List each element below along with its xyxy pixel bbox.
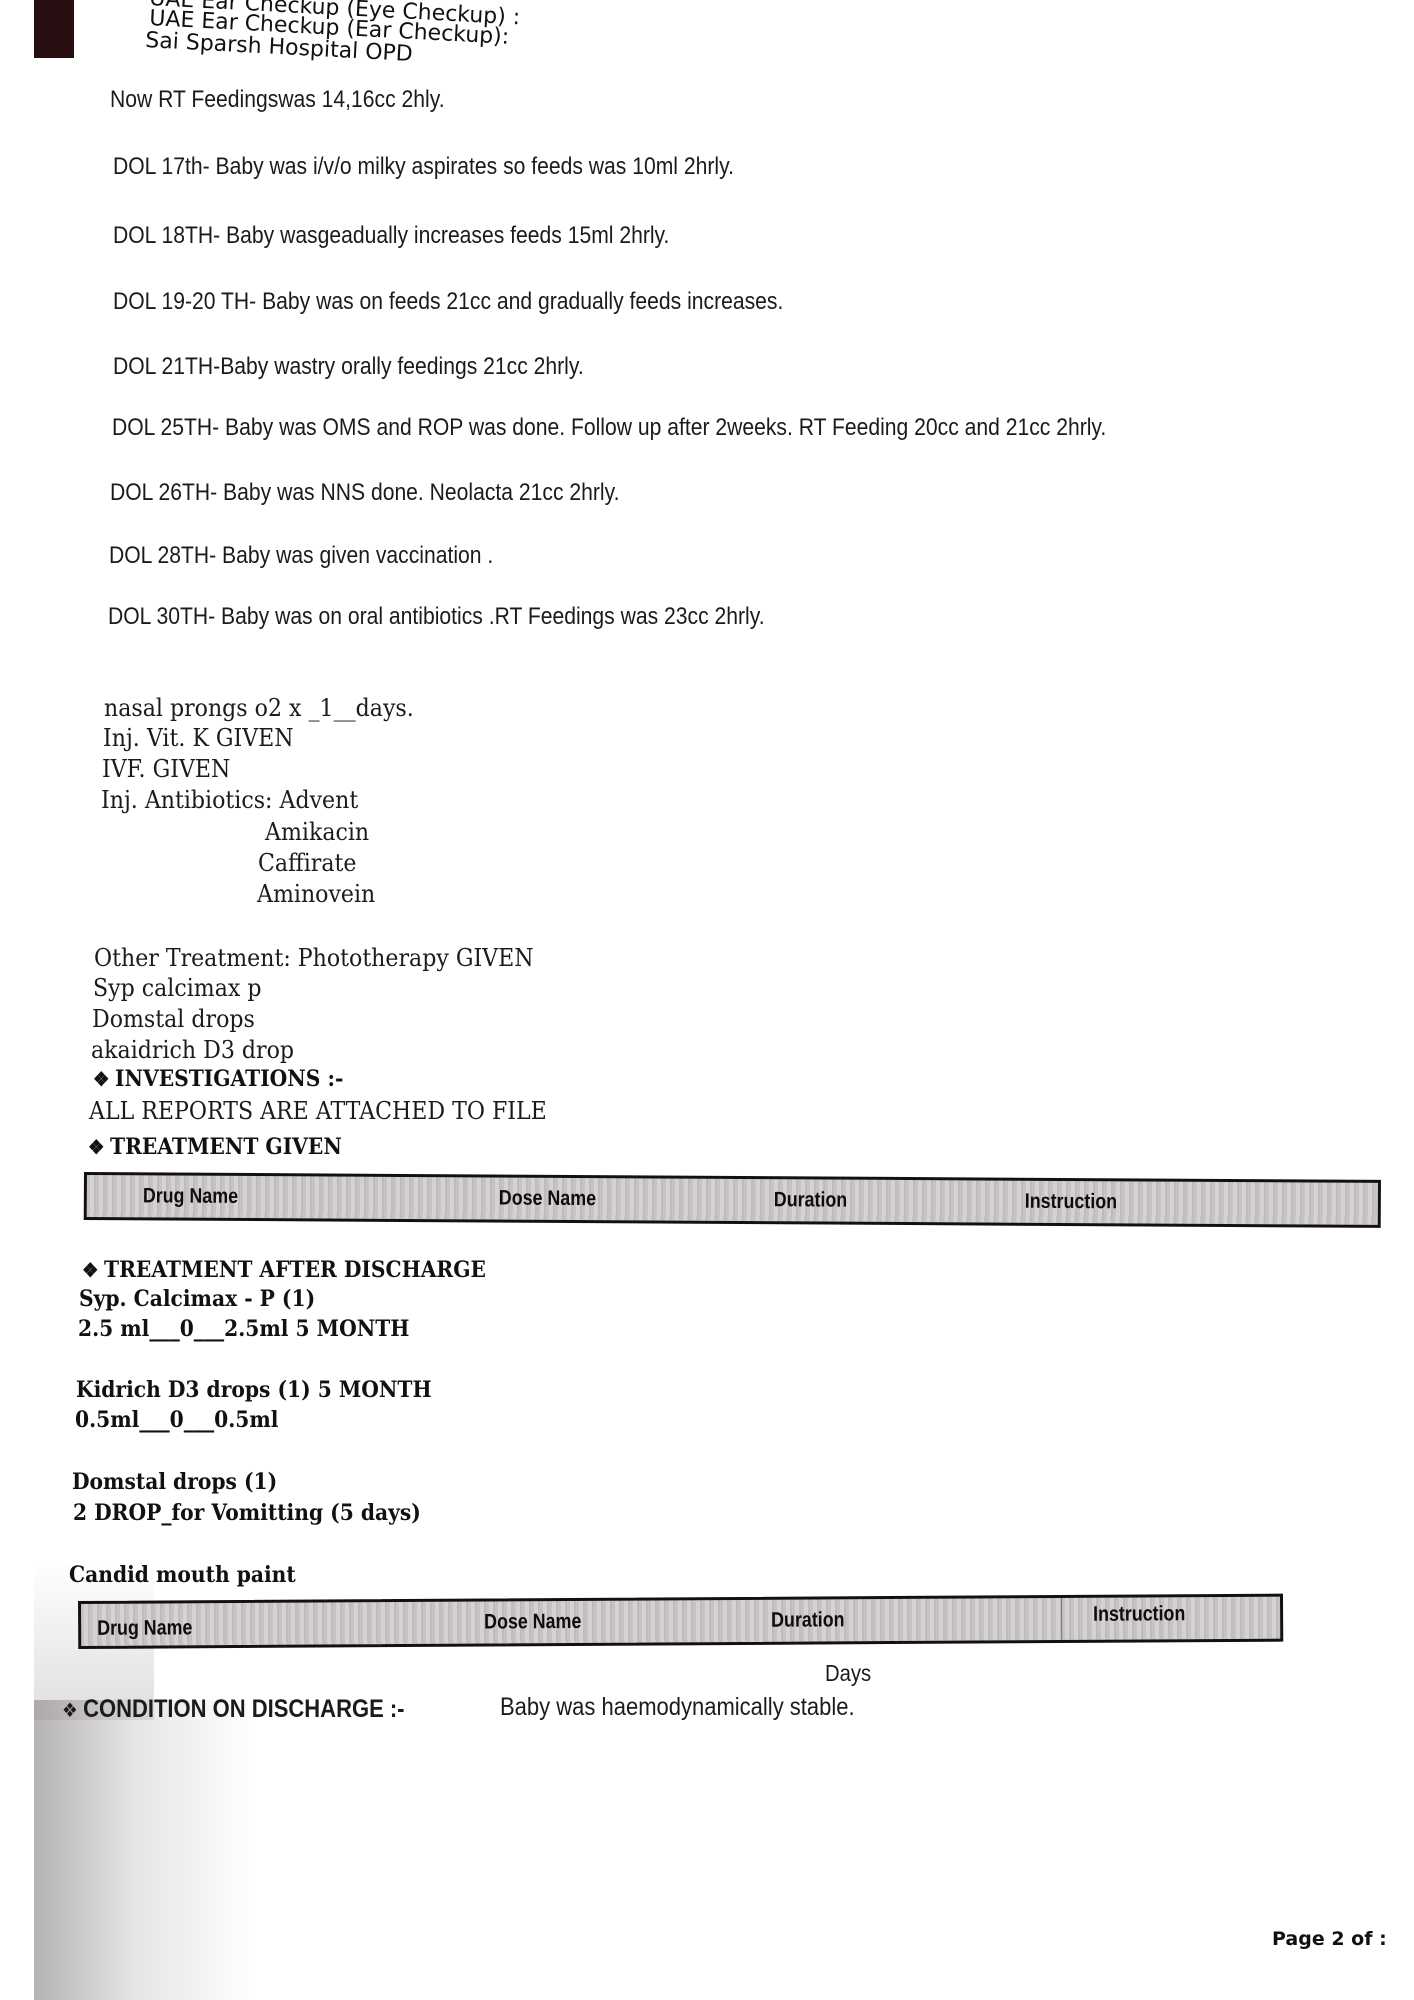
discharge-med-name: Syp. Calcimax - P (1) (79, 1286, 315, 1312)
column-drug-name: Drug Name (143, 1184, 238, 1209)
column-instruction: Instruction (1025, 1190, 1117, 1215)
course-entry: DOL 21TH-Baby wastry orally feedings 21c… (113, 353, 584, 381)
investigations-heading: ❖INVESTIGATIONS :- (93, 1066, 343, 1092)
antibiotic-item: Amikacin (265, 818, 369, 846)
discharge-med-dose: 2.5 ml___0___2.5ml 5 MONTH (78, 1316, 409, 1342)
column-dose-name: Dose Name (499, 1187, 596, 1212)
treatment-after-discharge-heading-text: TREATMENT AFTER DISCHARGE (104, 1257, 486, 1283)
treatment-after-discharge-table-header: Drug Name Dose Name Duration Instruction (78, 1594, 1283, 1649)
investigations-text: ALL REPORTS ARE ATTACHED TO FILE (89, 1097, 547, 1125)
course-intro: Now RT Feedingswas 14,16cc 2hly. (110, 86, 445, 114)
discharge-med-name: Domstal drops (1) (72, 1469, 277, 1495)
other-treatment-item: akaidrich D3 drop (91, 1036, 294, 1064)
treatment-given-heading: ❖TREATMENT GIVEN (88, 1134, 342, 1160)
nasal-prongs: nasal prongs o2 x _1__days. (104, 694, 414, 722)
antibiotic-item: Aminovein (257, 880, 375, 908)
course-entry: DOL 18TH- Baby wasgeadually increases fe… (113, 222, 669, 250)
diamond-bullet-icon: ❖ (62, 1700, 78, 1722)
column-instruction: Instruction (1093, 1602, 1185, 1627)
condition-heading-text: CONDITION ON DISCHARGE :- (83, 1695, 404, 1723)
column-duration: Duration (771, 1608, 845, 1632)
column-duration: Duration (774, 1188, 848, 1212)
diamond-bullet-icon: ❖ (82, 1258, 99, 1282)
antibiotic-item: Caffirate (258, 849, 356, 877)
ivf: IVF. GIVEN (102, 755, 230, 783)
page-number: Page 2 of : (1272, 1928, 1387, 1950)
diamond-bullet-icon: ❖ (88, 1135, 105, 1159)
other-treatment-title: Other Treatment: Phototherapy GIVEN (94, 944, 534, 972)
treatment-after-discharge-heading: ❖TREATMENT AFTER DISCHARGE (82, 1257, 486, 1283)
vit-k: Inj. Vit. K GIVEN (103, 724, 294, 752)
condition-on-discharge-text: Baby was haemodynamically stable. (500, 1693, 855, 1722)
column-divider (1061, 1598, 1062, 1640)
condition-on-discharge-heading: ❖CONDITION ON DISCHARGE :- (62, 1695, 405, 1724)
scan-shadow-bottom (34, 1700, 254, 2000)
course-entry: DOL 26TH- Baby was NNS done. Neolacta 21… (110, 479, 619, 507)
duration-unit: Days (825, 1660, 871, 1687)
column-drug-name: Drug Name (97, 1616, 192, 1641)
diamond-bullet-icon: ❖ (93, 1067, 110, 1091)
course-entry: DOL 19-20 TH- Baby was on feeds 21cc and… (113, 288, 783, 316)
investigations-heading-text: INVESTIGATIONS :- (115, 1066, 343, 1092)
discharge-med-dose: 0.5ml___0___0.5ml (75, 1407, 278, 1433)
course-entry: DOL 28TH- Baby was given vaccination . (109, 542, 493, 570)
other-treatment-item: Syp calcimax p (93, 974, 261, 1002)
treatment-given-table-header: Drug Name Dose Name Duration Instruction (84, 1172, 1381, 1228)
discharge-med-name: Kidrich D3 drops (1) 5 MONTH (76, 1377, 432, 1403)
discharge-med-dose: 2 DROP_for Vomitting (5 days) (73, 1500, 421, 1526)
discharge-summary-page: UAE Ear Checkup (Eye Checkup) : UAE Ear … (0, 0, 1414, 2000)
discharge-med-name: Candid mouth paint (69, 1562, 296, 1588)
course-entry: DOL 17th- Baby was i/v/o milky aspirates… (113, 153, 734, 181)
course-entry: DOL 30TH- Baby was on oral antibiotics .… (108, 603, 765, 631)
course-entry: DOL 25TH- Baby was OMS and ROP was done.… (112, 414, 1106, 442)
other-treatment-item: Domstal drops (92, 1005, 255, 1033)
scan-edge (0, 0, 34, 2000)
antibiotics-label: Inj. Antibiotics: Advent (101, 786, 358, 814)
treatment-given-heading-text: TREATMENT GIVEN (110, 1134, 342, 1160)
column-dose-name: Dose Name (484, 1610, 581, 1635)
scan-binding-shadow (34, 0, 74, 58)
